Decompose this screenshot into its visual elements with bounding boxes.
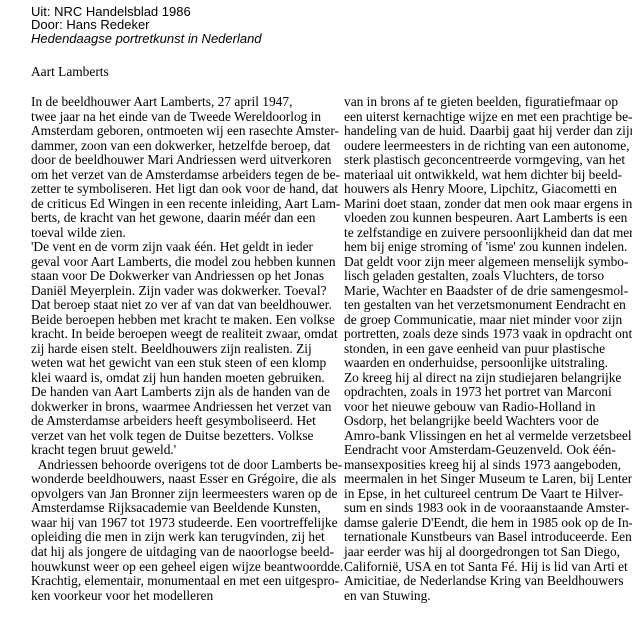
text-line: Dat geldt voor zijn meer algemeen mensel… xyxy=(344,255,629,270)
text-line: een uiterst kernachtige wijze en met een… xyxy=(344,110,629,125)
text-line: de Amsterdamse arbeiders heeft gesymboli… xyxy=(31,414,321,429)
text-line: en van Stuwing. xyxy=(344,589,629,604)
text-line: De handen van Aart Lamberts zijn als de … xyxy=(31,385,321,400)
text-line: van in brons af te gieten beelden, figur… xyxy=(344,95,629,110)
text-line: Amicitiae, de Nederlandse Kring van Beel… xyxy=(344,574,629,589)
text-line: kracht. In beide beroepen weegt de reali… xyxy=(31,327,321,342)
text-line: Amro-bank Vlissingen en het al vermelde … xyxy=(344,429,629,444)
text-line: de criticus Ed Wingen in een recente inl… xyxy=(31,197,321,212)
text-line: houwers als Henry Moore, Lipchitz, Giaco… xyxy=(344,182,629,197)
document-header: Uit: NRC Handelsblad 1986 Door: Hans Red… xyxy=(31,5,262,45)
text-line: jaar eerder was hij al doorgedrongen tot… xyxy=(344,545,629,560)
text-line: Marini doet staan, zonder dat men ook ma… xyxy=(344,197,629,212)
text-line: Californië, USA en tot Santa Fé. Hij is … xyxy=(344,560,629,575)
text-line: sterk plastisch geconcentreerde vormgevi… xyxy=(344,153,629,168)
text-line: weten wat het gewicht van een stuk steen… xyxy=(31,356,321,371)
text-line: geval voor Aart Lamberts, die model zou … xyxy=(31,255,321,270)
text-line: Daniël Meyerplein. Zijn vader was dokwer… xyxy=(31,284,321,299)
text-line: hem bij enige stroming of 'isme' zou kun… xyxy=(344,240,629,255)
text-line: toeval wilde zien. xyxy=(31,226,321,241)
text-line: ken voorkeur voor het modelleren xyxy=(31,589,321,604)
text-line: berts, de kracht van het gewone, daarin … xyxy=(31,211,321,226)
text-line: Dat beroep staat niet zo ver af van dat … xyxy=(31,298,321,313)
article-title: Aart Lamberts xyxy=(31,64,109,79)
text-line: materiaal uit ontwikkeld, wat hem dichte… xyxy=(344,168,629,183)
text-line: zij harde eisen stelt. Beeldhouwers zijn… xyxy=(31,342,321,357)
text-line: in Epse, in het cultureel centrum De Vaa… xyxy=(344,487,629,502)
text-line: wonderde beeldhouwers, naast Esser en Gr… xyxy=(31,472,321,487)
text-line: Zo kreeg hij al direct na zijn studiejar… xyxy=(344,371,629,386)
text-line: dammer, zoon van een dokwerker, hetzelfd… xyxy=(31,139,321,154)
right-column: van in brons af te gieten beelden, figur… xyxy=(344,95,629,603)
text-line: om het verzet van de Amsterdamse arbeide… xyxy=(31,168,321,183)
text-line: ten gestalten van het verzetsmonument Ee… xyxy=(344,298,629,313)
text-line: opvolgers van Jan Bronner zijn leermeest… xyxy=(31,487,321,502)
text-line: vloeden zou kunnen bespeuren. Aart Lambe… xyxy=(344,211,629,226)
text-line: Amsterdamse Rijksacademie van Beeldende … xyxy=(31,501,321,516)
text-line: dokwerker in brons, waarmee Andriessen h… xyxy=(31,400,321,415)
text-line: damse galerie D'Eendt, die hem in 1985 o… xyxy=(344,516,629,531)
text-line: sum en sinds 1983 ook in de vooraanstaan… xyxy=(344,501,629,516)
text-line: Amsterdam geboren, ontmoeten wij een ras… xyxy=(31,124,321,139)
text-line: de groep Communicatie, maar niet minder … xyxy=(344,313,629,328)
text-line: Osdorp, het belangrijke beeld Wachters v… xyxy=(344,414,629,429)
text-line: oudere leermeesters in de richting van e… xyxy=(344,139,629,154)
text-line: mansexposities kreeg hij al sinds 1973 a… xyxy=(344,458,629,473)
subtitle-line: Hedendaagse portretkunst in Nederland xyxy=(31,32,262,45)
text-line: Andriessen behoorde overigens tot de doo… xyxy=(31,458,321,473)
text-line: houwkunst weer op een geheel eigen wijze… xyxy=(31,560,321,575)
text-line: verzet van het volk tegen de Duitse beze… xyxy=(31,429,321,444)
text-line: portretten, zoals deze sinds 1973 vaak i… xyxy=(344,327,629,342)
text-line: handeling van de huid. Daarbij gaat hij … xyxy=(344,124,629,139)
left-column: In de beeldhouwer Aart Lamberts, 27 apri… xyxy=(31,95,321,603)
text-line: Beide beroepen hebben met kracht te make… xyxy=(31,313,321,328)
text-line: Marie, Wachter en Baadster of de drie sa… xyxy=(344,284,629,299)
text-line: Eendracht voor Amsterdam-Geuzenveld. Ook… xyxy=(344,443,629,458)
text-line: klei waard is, omdat zij hun handen moet… xyxy=(31,371,321,386)
text-line: dat hij als jongere de uitdaging van de … xyxy=(31,545,321,560)
text-line: ternationale Kunstbeurs van Basel introd… xyxy=(344,530,629,545)
text-line: meermalen in het Singer Museum te Laren,… xyxy=(344,472,629,487)
text-line: lisch geladen gestalten, zoals Vluchters… xyxy=(344,269,629,284)
text-line: stonden, in een gave eenheid van puur pl… xyxy=(344,342,629,357)
text-line: opdrachten, zoals in 1973 het portret va… xyxy=(344,385,629,400)
text-line: Krachtig, elementair, monumentaal en met… xyxy=(31,574,321,589)
text-line: twee jaar na het einde van de Tweede Wer… xyxy=(31,110,321,125)
text-line: waar hij van 1967 tot 1973 studeerde. Ee… xyxy=(31,516,321,531)
text-line: zetter te symboliseren. Het ligt dan ook… xyxy=(31,182,321,197)
text-line: staan voor De Dokwerker van Andriessen o… xyxy=(31,269,321,284)
text-line: 'De vent en de vorm zijn vaak één. Het g… xyxy=(31,240,321,255)
text-line: voor het nieuwe gebouw van Radio-Holland… xyxy=(344,400,629,415)
text-line: In de beeldhouwer Aart Lamberts, 27 apri… xyxy=(31,95,321,110)
text-line: kracht tegen bruut geweld.' xyxy=(31,443,321,458)
text-line: opleiding die men in zijn werk kan terug… xyxy=(31,530,321,545)
text-line: te zelfstandige en zuivere persoonlijkhe… xyxy=(344,226,629,241)
author-line: Door: Hans Redeker xyxy=(31,18,262,31)
text-line: door de beeldhouwer Mari Andriessen werd… xyxy=(31,153,321,168)
text-line: waarden en onderhuidse, persoonlijke uit… xyxy=(344,356,629,371)
source-line: Uit: NRC Handelsblad 1986 xyxy=(31,5,262,18)
